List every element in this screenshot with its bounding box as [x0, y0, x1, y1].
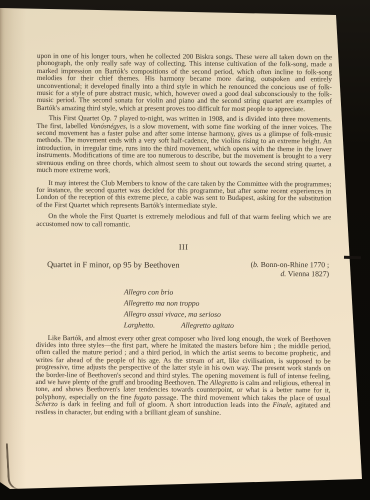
movement-4-allegretto-agitato: Allegretto agitato	[181, 320, 234, 329]
page-text-block: upon in one of his longer tours, when he…	[35, 53, 332, 417]
movement-4-larghetto: Larghetto.	[124, 320, 155, 329]
section-number-heading: III	[36, 243, 331, 252]
movement-list: Allegro con brio Allegretto ma non tropp…	[124, 286, 331, 331]
work-title-row: Quartet in F minor, op 95 by Beethoven (…	[47, 260, 329, 278]
movement-2: Allegretto ma non troppo	[124, 297, 331, 309]
movement-3: Allegro assai vivace, ma serioso	[124, 308, 331, 320]
composer-dates: (b. Bonn-on-Rhine 1770 ; d. Vienna 1827)	[251, 261, 330, 279]
page-edge-curl	[6, 443, 20, 491]
work-title: Quartet in F minor, op 95 by Beethoven	[47, 260, 179, 270]
romantic-remark-paragraph: On the whole the First Quartet is extrem…	[36, 213, 331, 229]
movement-4: Larghetto.Allegretto agitato	[124, 319, 331, 331]
scan-edge-notch	[344, 256, 361, 260]
composer-death-line: d. Vienna 1827)	[280, 269, 329, 278]
bartok-paragraph-continuation: upon in one of his longer tours, when he…	[37, 53, 332, 114]
program-page: upon in one of his longer tours, when he…	[0, 0, 370, 500]
bartok-first-quartet-paragraph: This First Quartet Op. 7 played to-night…	[36, 115, 331, 176]
club-committee-paragraph: It may interest the Club Members to know…	[36, 179, 331, 210]
movement-1: Allegro con brio	[124, 286, 331, 298]
beethoven-paragraph: Like Bartók, and almost every other grea…	[35, 335, 330, 418]
scan-background: upon in one of his longer tours, when he…	[0, 0, 370, 500]
